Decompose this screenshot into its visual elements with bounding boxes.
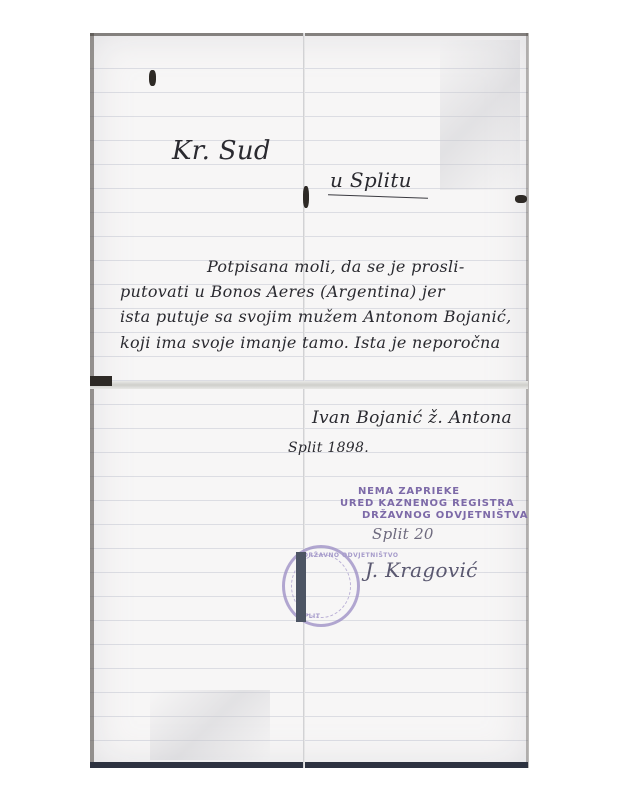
stamp-line-2: URED KAZNENOG REGISTRA — [340, 498, 514, 509]
paper-edge-bottom — [90, 762, 528, 768]
tear-mark — [515, 195, 527, 203]
salutation-line-2: u Splitu — [330, 168, 412, 192]
crease — [150, 690, 270, 760]
body-line-1: Potpisana moli, da se je prosli- — [207, 257, 465, 276]
crease — [440, 40, 520, 190]
body-line-4: koji ima svoje imanje tamo. Ista je nepo… — [120, 333, 500, 352]
tear-mark — [90, 376, 112, 386]
page-frame: Kr. Sud u Splitu Potpisana moli, da se j… — [0, 0, 618, 800]
seal-text-top: DRŽAVNO ODVJETNIŠTVO — [303, 552, 399, 559]
vertical-fold-line — [303, 33, 305, 768]
paper-edge-top — [90, 33, 528, 36]
stamp-place: Split 20 — [372, 525, 434, 543]
signature-name: Ivan Bojanić ž. Antona — [312, 408, 512, 428]
horizontal-fold-line — [90, 381, 528, 389]
tear-mark — [303, 186, 309, 208]
stamp-line-1: NEMA ZAPRIEKE — [358, 486, 460, 497]
body-line-2: putovati u Bonos Aeres (Argentina) jer — [120, 282, 445, 301]
tear-mark — [149, 70, 156, 86]
seal-tear-mark — [296, 552, 306, 622]
official-seal-icon: DRŽAVNO ODVJETNIŠTVO SPLIT — [282, 545, 360, 627]
body-line-3: ista putuje sa svojim mužem Antonom Boja… — [120, 307, 512, 326]
signature-date: Split 1898. — [288, 440, 369, 456]
stamp-line-3: DRŽAVNOG ODVJETNIŠTVA — [362, 510, 528, 521]
salutation-line-1: Kr. Sud — [172, 136, 271, 166]
stamp-signature: J. Kragović — [365, 558, 478, 582]
paper-edge-right — [526, 33, 529, 768]
paper-edge-left — [90, 33, 94, 768]
